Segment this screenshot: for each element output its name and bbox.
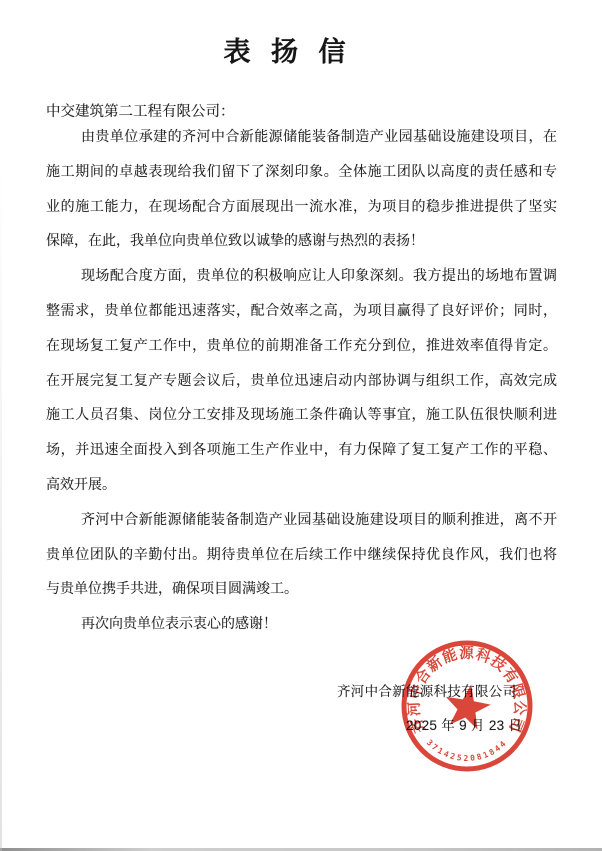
body-line: 施工期间的卓越表现给我们留下了深刻印象。全体施工团队以高度的责任感和专 [46,154,557,189]
body-line: 在现场复工复产工作中，贵单位的前期准备工作充分到位，推进效率值得肯定。 [46,328,557,363]
body-line: 贵单位团队的辛勤付出。期待贵单位在后续工作中继续保持优良作风，我们也将 [46,537,557,572]
body-line: 由贵单位承建的齐河中合新能源储能装备制造产业园基础设施建设项目，在 [46,119,557,154]
company-seal-stamp: 齐河中合新能源科技有限公司 3714252081844 [397,636,537,776]
body-line: 高效开展。 [46,467,557,502]
scanned-letter-page: 表 扬 信 中交建筑第二工程有限公司： 由贵单位承建的齐河中合新能源储能装备制造… [0,0,602,851]
scan-left-edge [0,0,2,851]
body-line: 施工人员召集、岗位分工安排及现场施工条件确认等事宜，施工队伍很快顺利进 [46,397,557,432]
body-line: 在开展完复工复产专题会议后，贵单位迅速启动内部协调与组织工作，高效完成 [46,363,557,398]
letter-title: 表 扬 信 [0,30,572,69]
letter-body: 由贵单位承建的齐河中合新能源储能装备制造产业园基础设施建设项目，在施工期间的卓越… [46,119,557,641]
body-line: 业的施工能力，在现场配合方面展现出一流水准，为项目的稳步推进提供了坚实 [46,189,557,224]
body-line: 与贵单位携手共进，确保项目圆满竣工。 [46,571,557,606]
body-line: 整需求，贵单位都能迅速落实，配合效率之高，为项目赢得了良好评价；同时， [46,293,557,328]
seal-star-icon [441,680,493,731]
body-line: 齐河中合新能源储能装备制造产业园基础设施建设项目的顺利推进，离不开 [46,502,557,537]
body-line: 保障，在此，我单位向贵单位致以诚挚的感谢与热烈的表扬！ [46,223,557,258]
letter-salutation: 中交建筑第二工程有限公司： [46,100,235,121]
body-line: 场，并迅速全面投入到各项施工生产作业中，有力保障了复工复产工作的平稳、 [46,432,557,467]
body-line: 现场配合度方面，贵单位的积极响应让人印象深刻。我方提出的场地布置调 [46,258,557,293]
